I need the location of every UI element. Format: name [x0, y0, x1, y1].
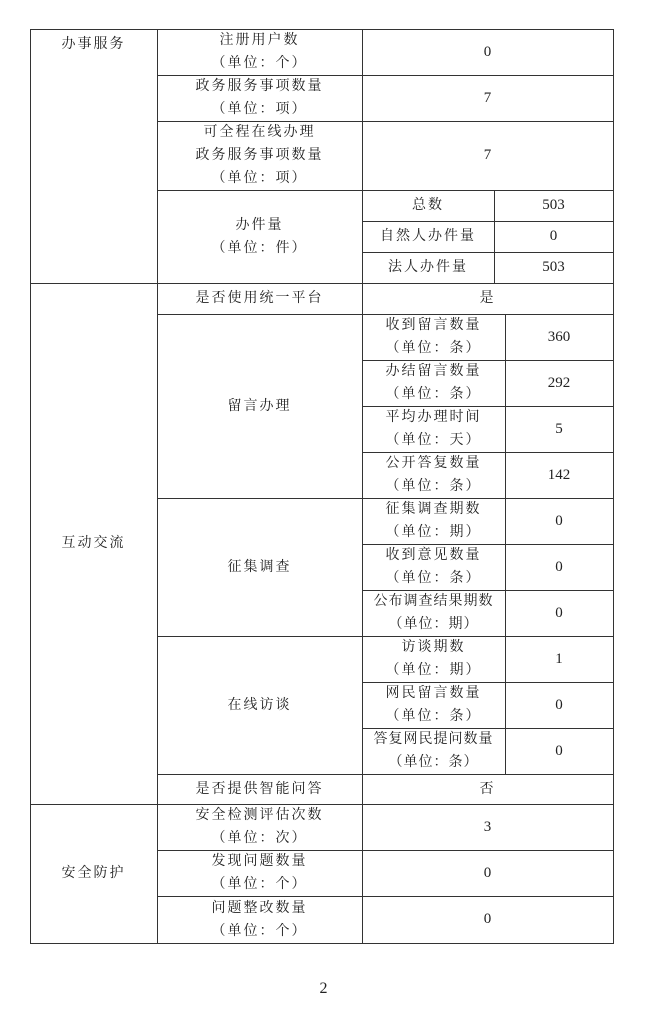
sub-label-cell: 公布调查结果期数 （单位：期） [362, 590, 505, 636]
sub-label-cell: 法人办件量 [362, 252, 494, 283]
group-label-cell: 征集调查 [157, 498, 362, 636]
row-divider [362, 728, 614, 729]
row-divider [30, 283, 614, 284]
category-cell: 办事服务 [30, 29, 157, 283]
column-divider [494, 190, 495, 283]
sub-label-cell: 答复网民提问数量 （单位：条） [362, 728, 505, 774]
label-line: 政务服务事项数量 [196, 144, 324, 167]
label-line: 收到留言数量 [386, 314, 482, 337]
table-border [30, 29, 614, 30]
label-line: 发现问题数量 [212, 850, 308, 873]
category-label: 安全防护 [62, 862, 126, 885]
unit-line: （单位：条） [386, 337, 482, 360]
sub-label-cell: 自然人办件量 [362, 221, 494, 252]
sub-label-cell: 公开答复数量 （单位：条） [362, 452, 505, 498]
label-line: 可全程在线办理 [204, 121, 316, 144]
value-cell: 0 [362, 896, 613, 943]
sub-value-cell: 1 [505, 636, 613, 682]
label-cell: 办件量 （单位：件） [157, 190, 362, 283]
row-divider [157, 190, 614, 191]
row-divider [157, 75, 614, 76]
category-label: 互动交流 [62, 532, 126, 555]
label-line: 公布调查结果期数 [374, 590, 494, 613]
table-border [30, 943, 614, 944]
sub-value-cell: 503 [494, 190, 613, 221]
sub-value-cell: 142 [505, 452, 613, 498]
sub-value-cell: 5 [505, 406, 613, 452]
row-divider [157, 774, 614, 775]
value-cell: 0 [362, 850, 613, 896]
column-divider [157, 29, 158, 944]
label-cell: 是否提供智能问答 [157, 774, 362, 804]
label-line: 安全检测评估次数 [196, 804, 324, 827]
unit-line: （单位：天） [386, 429, 482, 452]
row-divider [362, 452, 614, 453]
row-divider [362, 406, 614, 407]
unit-line: （单位：期） [389, 613, 479, 636]
sub-value-cell: 503 [494, 252, 613, 283]
label-line: 收到意见数量 [386, 544, 482, 567]
label-line: 政务服务事项数量 [196, 75, 324, 98]
sub-label-cell: 平均办理时间 （单位：天） [362, 406, 505, 452]
label-cell: 注册用户数 （单位：个） [157, 29, 362, 75]
unit-line: （单位：项） [212, 167, 308, 190]
page-number: 2 [0, 980, 647, 998]
unit-line: （单位：个） [212, 920, 308, 943]
row-divider [362, 682, 614, 683]
label-cell: 问题整改数量 （单位：个） [157, 896, 362, 943]
label-line: 办件量 [236, 214, 284, 237]
unit-line: （单位：条） [389, 751, 479, 774]
value-cell: 是 [362, 283, 613, 314]
unit-line: （单位：件） [212, 237, 308, 260]
column-divider [362, 29, 363, 944]
sub-label-cell: 办结留言数量 （单位：条） [362, 360, 505, 406]
row-divider [157, 314, 614, 315]
sub-label-cell: 征集调查期数 （单位：期） [362, 498, 505, 544]
row-divider [30, 804, 614, 805]
value-cell: 0 [362, 29, 613, 75]
label-line: 平均办理时间 [386, 406, 482, 429]
sub-value-cell: 0 [505, 544, 613, 590]
row-divider [362, 360, 614, 361]
value-cell: 否 [362, 774, 613, 804]
value-cell: 7 [362, 75, 613, 121]
label-cell: 可全程在线办理 政务服务事项数量 （单位：项） [157, 121, 362, 190]
label-line: 访谈期数 [402, 636, 466, 659]
label-line: 答复网民提问数量 [374, 728, 494, 751]
sub-value-cell: 0 [505, 590, 613, 636]
label-line: 征集调查期数 [386, 498, 482, 521]
label-line: 网民留言数量 [386, 682, 482, 705]
sub-label-cell: 网民留言数量 （单位：条） [362, 682, 505, 728]
unit-line: （单位：个） [212, 52, 308, 75]
sub-value-cell: 0 [494, 221, 613, 252]
sub-label-cell: 收到留言数量 （单位：条） [362, 314, 505, 360]
category-cell: 安全防护 [30, 804, 157, 943]
unit-line: （单位：项） [212, 98, 308, 121]
unit-line: （单位：次） [212, 827, 308, 850]
unit-line: （单位：个） [212, 873, 308, 896]
sub-label-cell: 访谈期数 （单位：期） [362, 636, 505, 682]
label-cell: 安全检测评估次数 （单位：次） [157, 804, 362, 850]
unit-line: （单位：条） [386, 567, 482, 590]
row-divider [157, 850, 614, 851]
unit-line: （单位：条） [386, 705, 482, 728]
sub-value-cell: 0 [505, 728, 613, 774]
label-cell: 是否使用统一平台 [157, 283, 362, 314]
row-divider [157, 121, 614, 122]
sub-label-cell: 总数 [362, 190, 494, 221]
unit-line: （单位：条） [386, 383, 482, 406]
category-label: 办事服务 [62, 33, 126, 56]
row-divider [362, 252, 614, 253]
sub-label-cell: 收到意见数量 （单位：条） [362, 544, 505, 590]
row-divider [362, 221, 614, 222]
value-cell: 3 [362, 804, 613, 850]
value-cell: 7 [362, 121, 613, 190]
table-border [30, 29, 31, 944]
row-divider [157, 498, 614, 499]
row-divider [157, 896, 614, 897]
label-line: 公开答复数量 [386, 452, 482, 475]
row-divider [157, 636, 614, 637]
group-label-cell: 留言办理 [157, 314, 362, 498]
table-border [613, 29, 614, 944]
row-divider [362, 590, 614, 591]
sub-value-cell: 0 [505, 682, 613, 728]
sub-value-cell: 0 [505, 498, 613, 544]
sub-value-cell: 360 [505, 314, 613, 360]
unit-line: （单位：条） [386, 475, 482, 498]
label-line: 问题整改数量 [212, 897, 308, 920]
label-cell: 政务服务事项数量 （单位：项） [157, 75, 362, 121]
sub-value-cell: 292 [505, 360, 613, 406]
row-divider [362, 544, 614, 545]
label-line: 注册用户数 [220, 29, 300, 52]
group-label-cell: 在线访谈 [157, 636, 362, 774]
category-cell: 互动交流 [30, 283, 157, 804]
label-cell: 发现问题数量 （单位：个） [157, 850, 362, 896]
unit-line: （单位：期） [386, 521, 482, 544]
unit-line: （单位：期） [386, 659, 482, 682]
label-line: 办结留言数量 [386, 360, 482, 383]
